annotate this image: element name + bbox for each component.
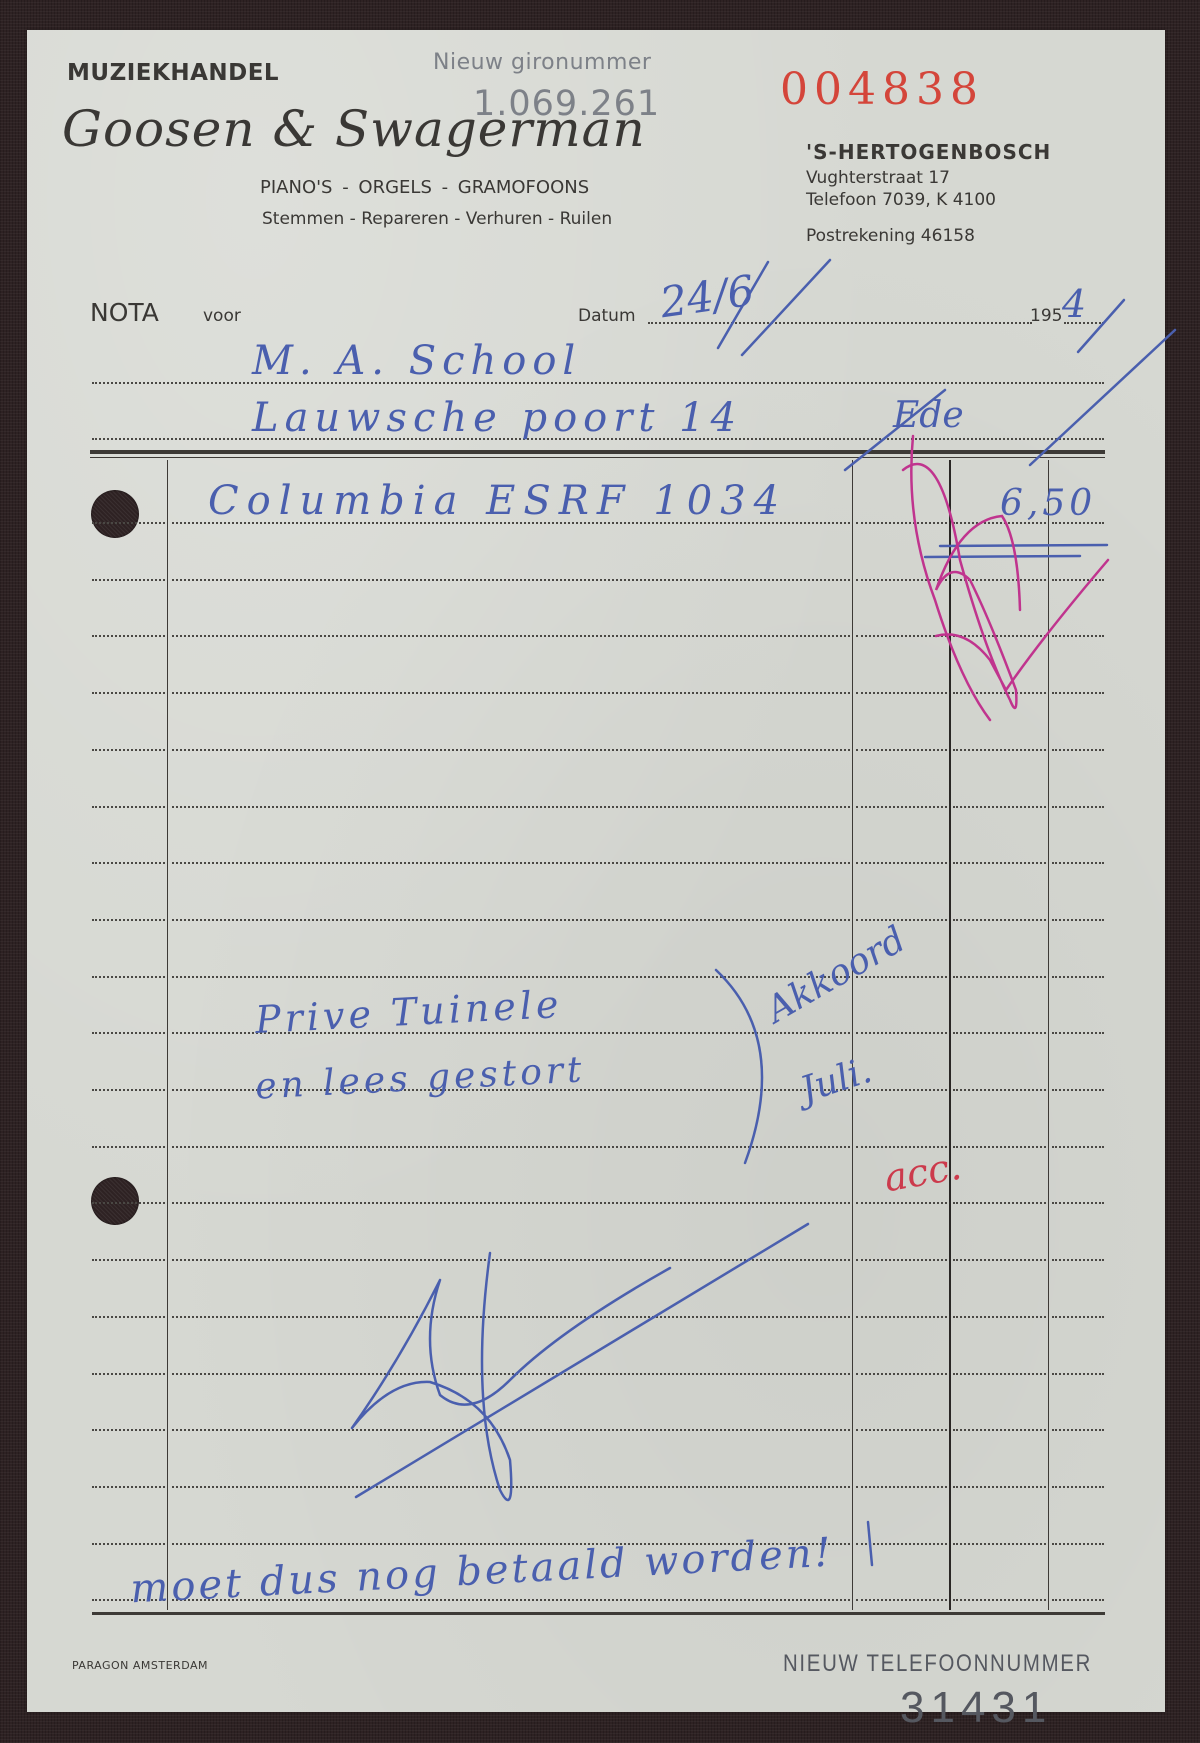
column-divider-description xyxy=(852,460,853,1610)
trade-label: MUZIEKHANDEL xyxy=(67,60,279,86)
ruled-row-dots xyxy=(953,1146,1046,1148)
ruled-row-dots xyxy=(172,692,850,694)
ruled-row-dots xyxy=(953,1202,1046,1204)
ruled-row-dots xyxy=(953,579,1046,581)
table-bottom-rule xyxy=(92,1612,1105,1615)
ruled-row-dots xyxy=(1052,919,1104,921)
ruled-row-dots xyxy=(856,1429,947,1431)
ruled-row-dots xyxy=(953,1032,1046,1034)
ruled-row-dots xyxy=(856,1316,947,1318)
ruled-row-dots xyxy=(92,976,165,978)
ruled-row-dots xyxy=(856,1202,947,1204)
ruled-row-dots xyxy=(953,749,1046,751)
ruled-row-dots xyxy=(953,1373,1046,1375)
ruled-row-dots xyxy=(92,1259,165,1261)
column-divider-cents xyxy=(1048,460,1049,1610)
ruled-row-dots xyxy=(92,862,165,864)
ruled-row-dots xyxy=(92,579,165,581)
ruled-row-dots xyxy=(172,919,850,921)
ruled-row-dots xyxy=(856,635,947,637)
products-line: PIANO'S - ORGELS - GRAMOFOONS xyxy=(260,177,589,198)
handwritten-recipient-name: M. A. School xyxy=(252,338,581,384)
ruled-row-dots xyxy=(953,1089,1046,1091)
ruled-row-dots xyxy=(92,919,165,921)
ruled-row-dots xyxy=(172,1146,850,1148)
ruled-row-dots xyxy=(172,976,850,978)
ruled-row-dots xyxy=(1052,1373,1104,1375)
ruled-row-dots xyxy=(92,1429,165,1431)
handwritten-recipient-address: Lauwsche poort 14 xyxy=(252,395,742,441)
ruled-row-dots xyxy=(172,1259,850,1261)
column-divider-guilders xyxy=(949,460,951,1610)
form-title: NOTA xyxy=(90,298,159,327)
ruled-row-dots xyxy=(953,976,1046,978)
ruled-row-dots xyxy=(1052,1089,1104,1091)
ruled-row-dots xyxy=(1052,1599,1104,1601)
ruled-row-dots xyxy=(172,1202,850,1204)
services-line: Stemmen - Repareren - Verhuren - Ruilen xyxy=(262,209,612,229)
giro-stamp-label: Nieuw gironummer xyxy=(433,50,651,75)
phone-stamp-number: 31431 xyxy=(900,1683,1052,1733)
line-item-description: Columbia ESRF 1034 xyxy=(208,478,787,524)
handwritten-year: 4 xyxy=(1062,282,1086,326)
ruled-row-dots xyxy=(856,749,947,751)
ruled-row-dots xyxy=(856,579,947,581)
ruled-row-dots xyxy=(1052,1316,1104,1318)
ruled-row-dots xyxy=(92,1146,165,1148)
handwritten-recipient-city: Ede xyxy=(893,395,964,436)
date-label: Datum xyxy=(578,306,636,326)
ruled-row-dots xyxy=(856,919,947,921)
city-name: 'S-HERTOGENBOSCH xyxy=(806,140,1051,164)
ruled-row-dots xyxy=(953,862,1046,864)
ruled-row-dots xyxy=(92,1543,165,1545)
punch-hole-bottom xyxy=(91,1177,139,1225)
ruled-row-dots xyxy=(172,1486,850,1488)
ruled-row-dots xyxy=(953,1543,1046,1545)
ruled-row-dots xyxy=(92,1089,165,1091)
ruled-row-dots xyxy=(92,1032,165,1034)
ruled-row-dots xyxy=(92,1373,165,1375)
ruled-row-dots xyxy=(172,1373,850,1375)
ruled-row-dots xyxy=(856,1373,947,1375)
for-label: voor xyxy=(203,306,241,326)
ruled-row-dots xyxy=(92,692,165,694)
street-address: Vughterstraat 17 xyxy=(806,168,950,188)
ruled-row-dots xyxy=(1052,862,1104,864)
date-dotted-line xyxy=(648,322,1032,324)
ruled-row-dots xyxy=(92,522,165,524)
ruled-row-dots xyxy=(856,692,947,694)
ruled-row-dots xyxy=(953,1316,1046,1318)
ruled-row-dots xyxy=(1052,1146,1104,1148)
ruled-row-dots xyxy=(856,1599,947,1601)
ruled-row-dots xyxy=(953,1259,1046,1261)
ruled-row-dots xyxy=(953,1429,1046,1431)
invoice-sheet xyxy=(27,30,1165,1712)
ruled-row-dots xyxy=(172,1429,850,1431)
ruled-row-dots xyxy=(1052,1429,1104,1431)
ruled-row-dots xyxy=(856,1032,947,1034)
ruled-row-dots xyxy=(172,749,850,751)
column-divider-margin xyxy=(167,460,168,1610)
phone-stamp-label: NIEUW TELEFOONNUMMER xyxy=(783,1650,1092,1678)
year-prefix: 195 xyxy=(1030,306,1062,326)
ruled-row-dots xyxy=(1052,635,1104,637)
ruled-row-dots xyxy=(856,522,947,524)
ruled-row-dots xyxy=(172,579,850,581)
serial-number: 004838 xyxy=(780,64,984,115)
ruled-row-dots xyxy=(172,806,850,808)
ruled-row-dots xyxy=(856,862,947,864)
phone-number: Telefoon 7039, K 4100 xyxy=(806,190,996,210)
ruled-row-dots xyxy=(1052,1543,1104,1545)
line-item-amount: 6,50 xyxy=(1000,483,1096,524)
giro-stamp-number: 1.069.261 xyxy=(473,84,660,124)
ruled-row-dots xyxy=(1052,976,1104,978)
ruled-row-dots xyxy=(953,919,1046,921)
ruled-row-dots xyxy=(856,1543,947,1545)
ruled-row-dots xyxy=(1052,1486,1104,1488)
ruled-row-dots xyxy=(1052,749,1104,751)
ruled-row-dots xyxy=(856,806,947,808)
postal-account: Postrekening 46158 xyxy=(806,226,975,246)
ruled-row-dots xyxy=(953,692,1046,694)
ruled-row-dots xyxy=(856,1259,947,1261)
ruled-row-dots xyxy=(172,635,850,637)
table-top-rule-thin xyxy=(90,457,1105,458)
ruled-row-dots xyxy=(92,1316,165,1318)
ruled-row-dots xyxy=(172,1316,850,1318)
ruled-row-dots xyxy=(92,635,165,637)
table-top-rule xyxy=(90,450,1105,454)
ruled-row-dots xyxy=(1052,579,1104,581)
ruled-row-dots xyxy=(1052,692,1104,694)
ruled-row-dots xyxy=(92,1202,165,1204)
recipient-line-1 xyxy=(92,382,1104,384)
ruled-row-dots xyxy=(172,862,850,864)
ruled-row-dots xyxy=(1052,1032,1104,1034)
ruled-row-dots xyxy=(856,1486,947,1488)
printer-imprint: PARAGON AMSTERDAM xyxy=(72,1659,208,1672)
ruled-row-dots xyxy=(1052,1202,1104,1204)
ruled-row-dots xyxy=(92,806,165,808)
punch-hole-top xyxy=(91,490,139,538)
ruled-row-dots xyxy=(1052,806,1104,808)
ruled-row-dots xyxy=(953,1599,1046,1601)
ruled-row-dots xyxy=(92,749,165,751)
ruled-row-dots xyxy=(1052,1259,1104,1261)
ruled-row-dots xyxy=(92,1486,165,1488)
ruled-row-dots xyxy=(953,806,1046,808)
ruled-row-dots xyxy=(953,1486,1046,1488)
ruled-row-dots xyxy=(953,635,1046,637)
